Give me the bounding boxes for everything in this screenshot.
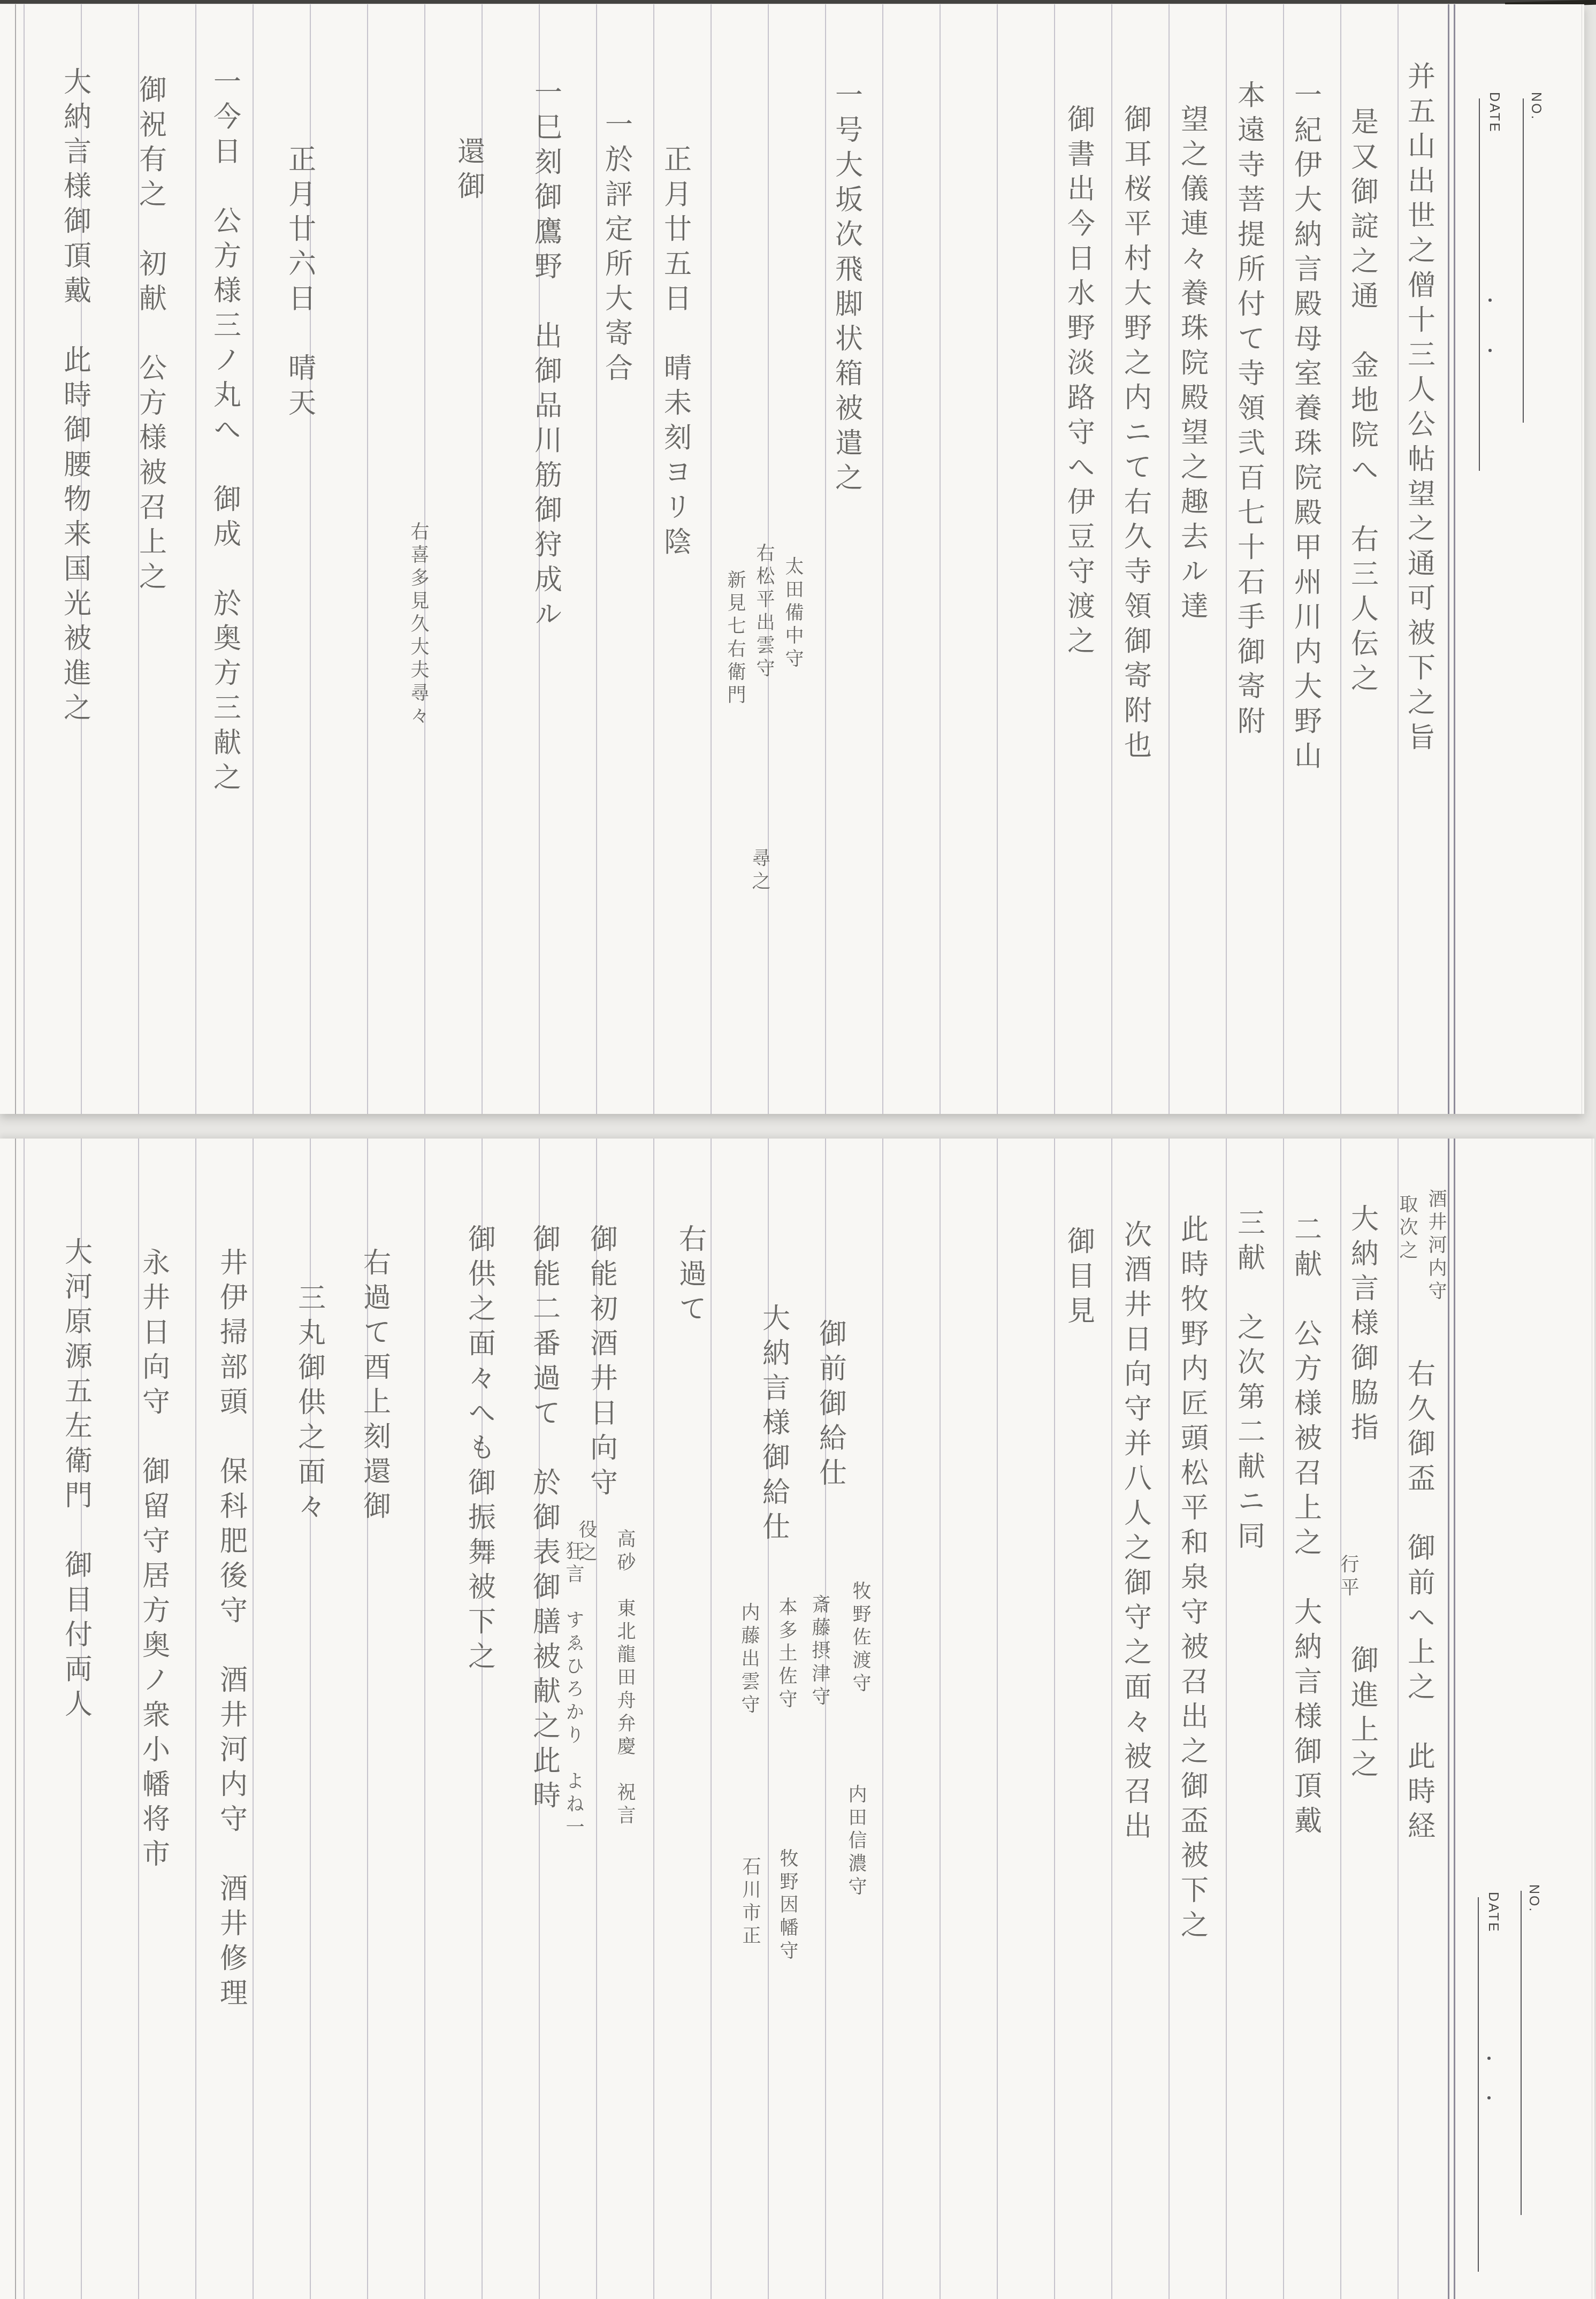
- handwritten-column: 御供之面々へも御振舞被下之: [460, 1224, 500, 1676]
- handwritten-column: 右喜多見久大夫尋々: [405, 522, 432, 729]
- handwritten-column: 并五山出世之僧十三人公帖望之通可被下之旨: [1399, 62, 1439, 757]
- handwritten-column: 太田備中守: [780, 556, 806, 671]
- handwritten-column: 三丸御供之面々: [289, 1283, 330, 1526]
- date-dot: [1487, 2057, 1491, 2060]
- handwritten-column: 狂言 すゑひろかり よね一: [560, 1541, 587, 1840]
- handwritten-column: 一紀伊大納言殿母室養珠院殿甲州川内大野山: [1286, 80, 1326, 776]
- scanned-notebook-image: { "colors":{"ink":"#5e5d5a","ruled_line"…: [0, 0, 1596, 2299]
- handwritten-column: 取次之: [1394, 1194, 1421, 1263]
- handwritten-column: 一巳刻御鷹野 出御品川筋御狩成ル: [526, 78, 566, 634]
- handwritten-column: 御耳桜平村大野之内ニて右久寺領御寄附也: [1116, 104, 1156, 765]
- handwritten-column: 高砂 東北龍田舟弁慶 祝言: [612, 1529, 638, 1828]
- handwritten-column: 石川市正: [737, 1857, 763, 1949]
- handwritten-column: 右松平出雲守: [751, 543, 777, 681]
- margin-double-rule: [1448, 4, 1449, 1114]
- margin-double-rule: [1454, 4, 1455, 1114]
- handwritten-column: 一於評定所大寄合: [597, 110, 637, 388]
- handwritten-column: 大納言様御頂戴 此時御腰物来国光被進之: [55, 67, 95, 728]
- handwritten-column: 新見七右衛門: [722, 570, 749, 708]
- handwritten-column: 尋之: [746, 848, 773, 894]
- no-fill-line: [1523, 98, 1524, 423]
- page-left-edge: [15, 4, 16, 1114]
- margin-double-rule: [1454, 1139, 1455, 2299]
- notebook-page-2: NO. DATE 酒井河内守取次之右久御盃 御前へ上之 此時経大納言様御脇指行平…: [0, 1139, 1594, 2299]
- handwritten-column: 還御: [449, 136, 489, 206]
- date-fill-line: [1479, 98, 1480, 471]
- handwritten-column: 望之儀連々養珠院殿望之趣去ル達: [1172, 104, 1212, 626]
- handwritten-column: 行平: [1335, 1554, 1362, 1600]
- date-fill-line: [1478, 1897, 1479, 2272]
- handwritten-column: 右久御盃 御前へ上之 此時経: [1399, 1359, 1439, 1846]
- handwritten-column: 御能二番過て 於御表御膳被献之此時: [524, 1224, 564, 1815]
- handwritten-column: 正月廿六日 晴天: [280, 144, 320, 423]
- handwritten-column: 此時牧野内匠頭松平和泉守被召出之御盃被下之: [1172, 1215, 1212, 1945]
- handwritten-column: 次酒井日向守并八人之御守之面々被召出: [1116, 1220, 1156, 1846]
- date-label: DATE: [1485, 1892, 1501, 1933]
- page-right-edge: [1582, 4, 1583, 1114]
- handwritten-column: 右過て酉上刻還御: [355, 1248, 395, 1526]
- handwritten-column: 御祝有之 初献 公方様被召上之: [131, 75, 171, 597]
- notebook-page-1: NO. DATE 并五山出世之僧十三人公帖望之通可被下之旨是又御諚之通 金地院へ…: [0, 4, 1584, 1114]
- handwritten-column: 御書出今日水野淡路守へ伊豆守渡之: [1059, 104, 1099, 661]
- handwritten-column: 内藤出雲守: [736, 1602, 762, 1717]
- page-left-edge: [15, 1139, 16, 2299]
- handwritten-column: 永井日向守 御留守居方奥ノ衆小幡将市: [134, 1248, 174, 1874]
- handwritten-column: 御能初酒井日向守: [582, 1224, 622, 1502]
- date-label: DATE: [1486, 92, 1502, 133]
- date-dot: [1488, 299, 1492, 302]
- handwritten-column: 是又御諚之通 金地院へ 右三人伝之: [1342, 107, 1383, 698]
- no-label: NO.: [1526, 1884, 1541, 1913]
- date-dot: [1487, 2096, 1491, 2099]
- handwritten-column: 二献 公方様被召上之 大納言様御頂戴: [1286, 1215, 1326, 1840]
- handwritten-column: 本多土佐守: [773, 1597, 800, 1712]
- handwritten-column: 牧野佐渡守: [847, 1581, 874, 1696]
- handwritten-column: 大河原源五左衛門 御目付両人: [56, 1237, 96, 1724]
- handwritten-column: 内田信濃守: [843, 1784, 869, 1899]
- handwritten-column: 一今日 公方様三ノ丸へ 御成 於奥方三献之: [205, 67, 245, 797]
- handwritten-column: 正月廿五日 晴未刻ヨリ陰: [655, 144, 696, 562]
- handwritten-column: 御進上之: [1342, 1645, 1383, 1784]
- handwritten-column: 大納言様御脇指: [1342, 1204, 1383, 1447]
- handwritten-column: 右過て: [670, 1224, 711, 1328]
- handwritten-column: 大納言様御給仕: [754, 1303, 794, 1547]
- handwritten-column: 斎藤摂津守: [806, 1594, 833, 1709]
- handwritten-column: 牧野因幡守: [774, 1849, 801, 1964]
- handwritten-column: 御前御給仕: [811, 1319, 851, 1493]
- handwritten-column: 一号大坂次飛脚状箱被遣之: [827, 80, 867, 498]
- scan-top-edge: [0, 0, 1596, 4]
- handwritten-column: 酒井河内守: [1423, 1189, 1449, 1304]
- no-label: NO.: [1528, 92, 1544, 120]
- handwritten-column: 三献 之次第二献ニ同: [1229, 1208, 1269, 1556]
- handwritten-column: 井伊掃部頭 保科肥後守 酒井河内守 酒井修理: [211, 1248, 251, 2013]
- handwritten-column: 御目見: [1059, 1226, 1099, 1331]
- no-fill-line: [1521, 1891, 1522, 2215]
- page-right-edge: [1592, 1139, 1593, 2299]
- handwritten-column: 本遠寺菩提所付て寺領弐百七十石手御寄附: [1229, 80, 1269, 741]
- date-dot: [1488, 349, 1492, 352]
- margin-double-rule: [1448, 1139, 1449, 2299]
